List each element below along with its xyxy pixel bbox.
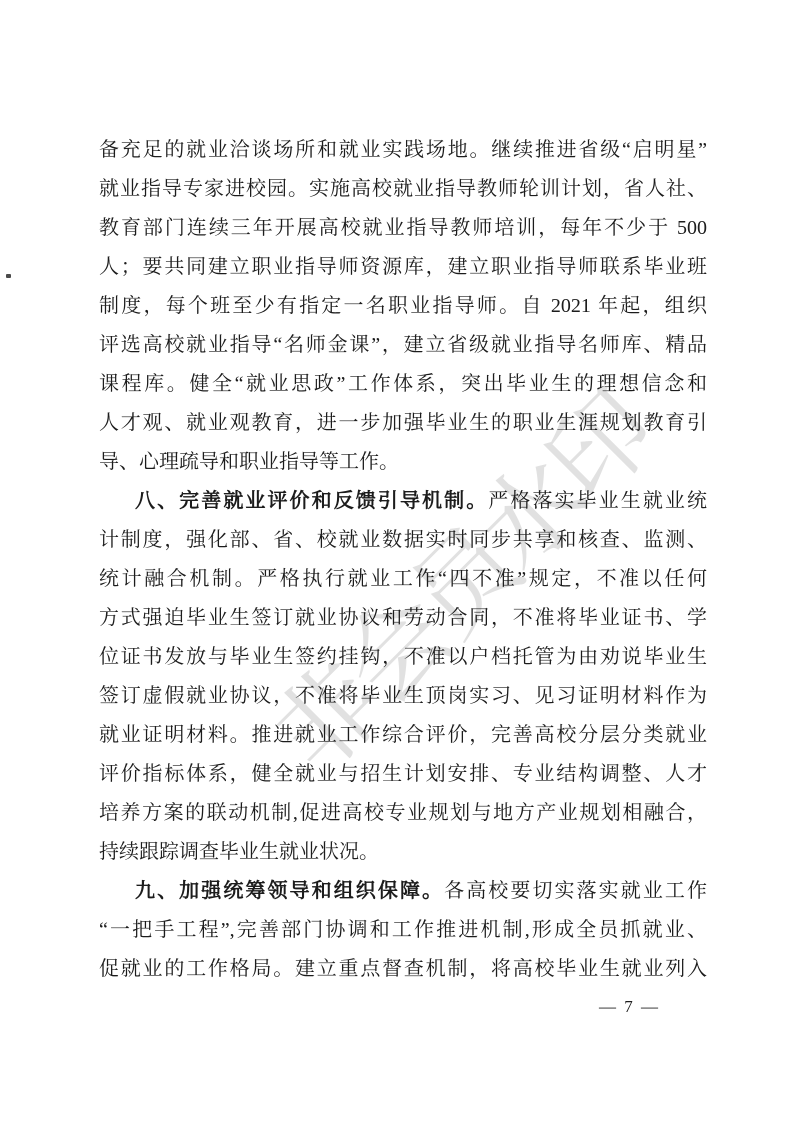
line-text: 位证书发放与毕业生签约挂钩，不准以户档托管为由劝说毕业生 — [99, 646, 707, 668]
text-line: 评价指标体系，健全就业与招生计划安排、专业结构调整、人才 — [99, 755, 707, 794]
text-line: 统计融合机制。严格执行就业工作“四不准”规定，不准以任何 — [99, 560, 707, 599]
line-text: 培养方案的联动机制,促进高校专业规划与地方产业规划相融合， — [99, 802, 707, 824]
line-text: 就业证明材料。推进就业工作综合评价，完善高校分层分类就业 — [99, 724, 707, 746]
text-line: 人才观、就业观教育，进一步加强毕业生的职业生涯规划教育引 — [99, 404, 707, 443]
page-number: — 7 — — [599, 997, 689, 1017]
line-text: 评选高校就业指导“名师金课”，建立省级就业指导名师库、精品 — [99, 334, 707, 356]
text-line: 九、加强统筹领导和组织保障。各高校要切实落实就业工作 — [99, 872, 707, 911]
line-text: 严格落实毕业生就业统 — [488, 490, 707, 512]
line-text: 促就业的工作格局。建立重点督查机制，将高校毕业生就业列入 — [99, 958, 707, 980]
line-text: 各高校要切实落实就业工作 — [444, 880, 707, 902]
text-line: 签订虚假就业协议，不准将毕业生顶岗实习、见习证明材料作为 — [99, 677, 707, 716]
text-line: 计制度，强化部、省、校就业数据实时同步共享和核查、监测、 — [99, 521, 707, 560]
line-text: 方式强迫毕业生签订就业协议和劳动合同，不准将毕业证书、学 — [99, 607, 707, 629]
text-line: 八、完善就业评价和反馈引导机制。严格落实毕业生就业统 — [99, 482, 707, 521]
section-heading: 八、完善就业评价和反馈引导机制。 — [135, 490, 488, 512]
line-text: 人才观、就业观教育，进一步加强毕业生的职业生涯规划教育引 — [99, 412, 707, 434]
text-line: 位证书发放与毕业生签约挂钩，不准以户档托管为由劝说毕业生 — [99, 638, 707, 677]
line-text: 制度，每个班至少有指定一名职业指导师。自 2021 年起，组织 — [99, 295, 707, 317]
line-text: 教育部门连续三年开展高校就业指导教师培训，每年不少于 500 — [99, 217, 707, 239]
text-line: 方式强迫毕业生签订就业协议和劳动合同，不准将毕业证书、学 — [99, 599, 707, 638]
text-line: “一把手工程”,完善部门协调和工作推进机制,形成全员抓就业、 — [99, 911, 707, 950]
text-line: 就业证明材料。推进就业工作综合评价，完善高校分层分类就业 — [99, 716, 707, 755]
line-text: 持续跟踪调查毕业生就业状况。 — [99, 841, 379, 863]
text-line: 就业指导专家进校园。实施高校就业指导教师轮训计划，省人社、 — [99, 170, 707, 209]
line-text: 签订虚假就业协议，不准将毕业生顶岗实习、见习证明材料作为 — [99, 685, 707, 707]
text-line: 促就业的工作格局。建立重点督查机制，将高校毕业生就业列入 — [99, 950, 707, 989]
text-line: 评选高校就业指导“名师金课”，建立省级就业指导名师库、精品 — [99, 326, 707, 365]
line-text: “一把手工程”,完善部门协调和工作推进机制,形成全员抓就业、 — [99, 919, 707, 941]
text-line: 备充足的就业洽谈场所和就业实践场地。继续推进省级“启明星” — [99, 131, 707, 170]
text-line: 持续跟踪调查毕业生就业状况。 — [99, 833, 707, 872]
text-line: 课程库。健全“就业思政”工作体系，突出毕业生的理想信念和 — [99, 365, 707, 404]
document-page: 非会员水印 备充足的就业洽谈场所和就业实践场地。继续推进省级“启明星”就业指导专… — [0, 0, 794, 1126]
line-text: 就业指导专家进校园。实施高校就业指导教师轮训计划，省人社、 — [99, 178, 707, 200]
line-text: 备充足的就业洽谈场所和就业实践场地。继续推进省级“启明星” — [99, 139, 707, 161]
line-text: 统计融合机制。严格执行就业工作“四不准”规定，不准以任何 — [99, 568, 707, 590]
text-line: 教育部门连续三年开展高校就业指导教师培训，每年不少于 500 — [99, 209, 707, 248]
line-text: 人；要共同建立职业指导师资源库，建立职业指导师联系毕业班 — [99, 256, 707, 278]
document-body: 备充足的就业洽谈场所和就业实践场地。继续推进省级“启明星”就业指导专家进校园。实… — [99, 131, 707, 989]
line-text: 评价指标体系，健全就业与招生计划安排、专业结构调整、人才 — [99, 763, 707, 785]
line-text: 课程库。健全“就业思政”工作体系，突出毕业生的理想信念和 — [99, 373, 707, 395]
text-line: 人；要共同建立职业指导师资源库，建立职业指导师联系毕业班 — [99, 248, 707, 287]
scan-artifact-speck — [6, 274, 11, 278]
section-heading: 九、加强统筹领导和组织保障。 — [135, 880, 444, 902]
line-text: 导、心理疏导和职业指导等工作。 — [99, 451, 399, 473]
line-text: 计制度，强化部、省、校就业数据实时同步共享和核查、监测、 — [99, 529, 707, 551]
text-line: 制度，每个班至少有指定一名职业指导师。自 2021 年起，组织 — [99, 287, 707, 326]
text-line: 导、心理疏导和职业指导等工作。 — [99, 443, 707, 482]
text-line: 培养方案的联动机制,促进高校专业规划与地方产业规划相融合， — [99, 794, 707, 833]
